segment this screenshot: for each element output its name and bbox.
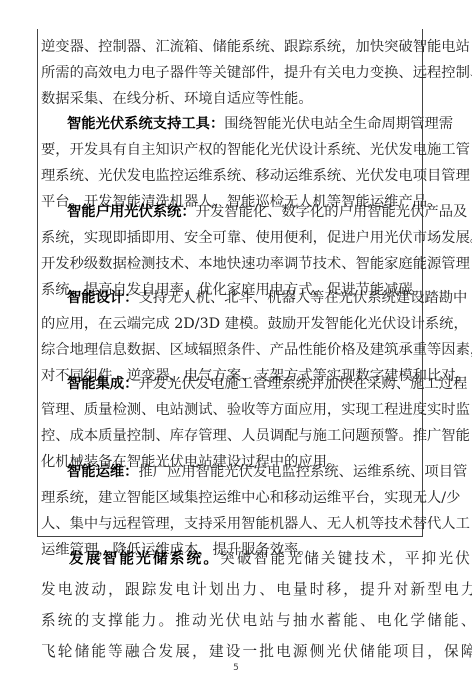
body-line: 系统的支撑能力。推动光伏电站与抽水蓄能、电化学储能、 (41, 611, 421, 631)
paragraph-heading-smart-om: 智能运维： (67, 464, 138, 480)
paragraph-first-line: 智能光伏系统支持工具：围绕智能光伏电站全生命周期管理需 (41, 114, 421, 134)
box-intro-line: 数据采集、在线分析、环境自适应等性能。 (41, 89, 421, 109)
paragraph-line: 要，开发具有自主知识产权的智能化光伏设计系统、光伏发电施工管 (41, 140, 421, 160)
body-heading: 发展智能光储系统。 (69, 550, 220, 567)
box-intro-line: 所需的高效电力电子器件等关键部件，提升有关电力变换、远程控制、 (41, 63, 421, 83)
paragraph-line: 人、集中与远程管理，支持采用智能机器人、无人机等技术替代人工 (41, 514, 421, 534)
page-number: 5 (0, 663, 472, 673)
paragraph-line: 系统，实现即插即用、安全可靠、使用便利，促进户用光伏市场发展。 (41, 228, 421, 248)
paragraph-line: 理系统，建立智能区域集控运维中心和移动运维平台，实现无人/少 (41, 488, 421, 508)
paragraph-line: 控、成本质量控制、库存管理、人员调配与施工问题预警。推广智能 (41, 426, 421, 446)
paragraph-line: 开发秒级数据检测技术、本地快速功率调节技术、智能家庭能源管理 (41, 254, 421, 274)
paragraph-heading-support-tools: 智能光伏系统支持工具： (67, 116, 224, 132)
body-line: 飞轮储能等融合发展，建设一批电源侧光伏储能项目，保障 (41, 642, 421, 662)
body-first-line: 发展智能光储系统。突破智能光储关键技术，平抑光伏 (41, 549, 421, 569)
paragraph-line: 理系统、光伏发电监控运维系统、移动运维系统、光伏发电项目管理 (41, 166, 421, 186)
paragraph-line: 综合地理信息数据、区域辐照条件、产品性能价格及建筑承重等因素， (41, 340, 421, 360)
paragraph-first-line: 智能集成：开发光伏发电施工管理系统并加快在采购、施工过程 (41, 374, 421, 394)
paragraph-first-line: 智能运维：推广应用智能光伏发电监控系统、运维系统、项目管 (41, 462, 421, 482)
paragraph-heading-household-pv: 智能户用光伏系统： (67, 204, 196, 220)
paragraph-heading-smart-design: 智能设计： (67, 290, 138, 306)
box-intro-line: 逆变器、控制器、汇流箱、储能系统、跟踪系统，加快突破智能电站 (41, 37, 421, 57)
paragraph-first-line: 智能户用光伏系统：开发智能化、数字化的户用智能光伏产品及 (41, 202, 421, 222)
paragraph-line: 管理、质量检测、电站测试、验收等方面应用，实现工程进度实时监 (41, 400, 421, 420)
paragraph-first-line: 智能设计：支持无人机、北斗、机器人等在光伏系统建设踏勘中 (41, 288, 421, 308)
paragraph-heading-smart-integration: 智能集成： (67, 376, 138, 392)
paragraph-line: 的应用，在云端完成 2D/3D 建模。鼓励开发智能化光伏设计系统， (41, 314, 421, 334)
body-line: 发电波动，跟踪发电计划出力、电量时移，提升对新型电力 (41, 580, 421, 600)
